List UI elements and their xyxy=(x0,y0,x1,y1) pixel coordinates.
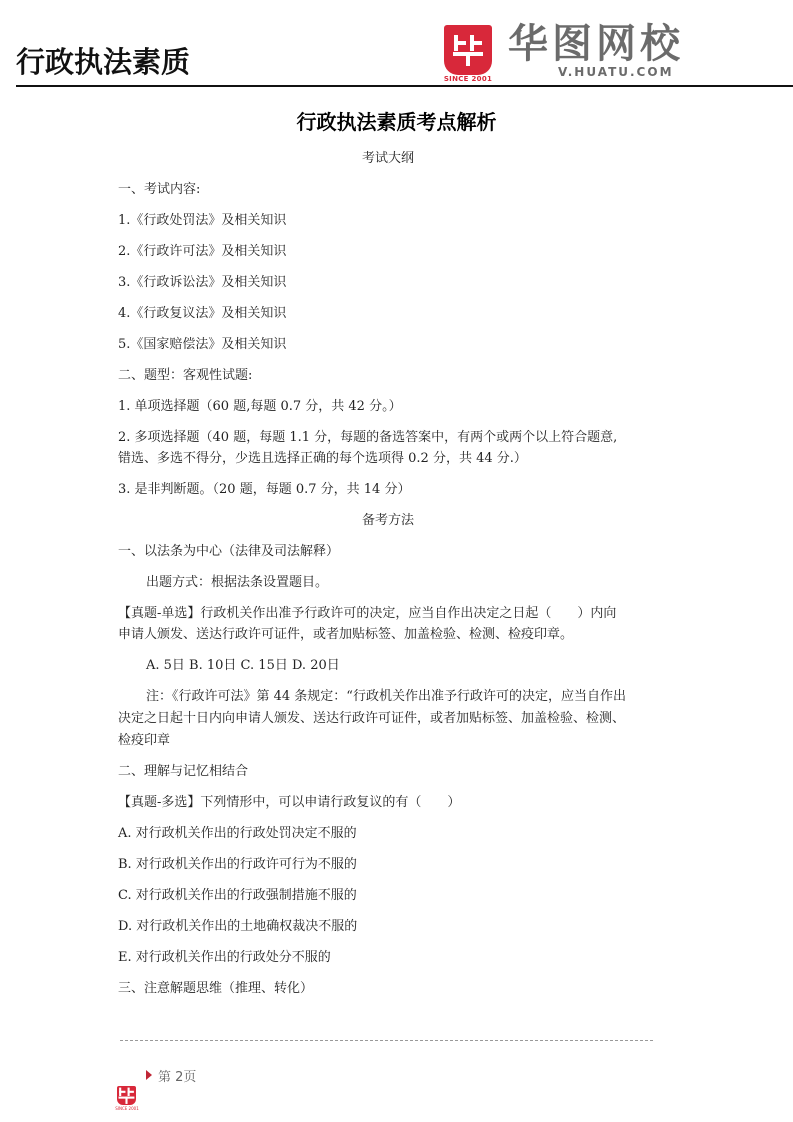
question-2-option: C. 对行政机关作出的行政强制措施不服的 xyxy=(118,885,357,907)
outline-heading: 考试大纲 xyxy=(118,148,658,170)
triangle-right-icon xyxy=(146,1070,152,1080)
content-item: 3.《行政诉讼法》及相关知识 xyxy=(118,272,286,294)
question-1-options: A. 5日 B. 10日 C. 15日 D. 20日 xyxy=(146,655,340,677)
question-1-stem-continued: 申请人颁发、送达行政许可证件，或者加贴标签、加盖检验、检测、检疫印章。 xyxy=(118,624,573,646)
type-item-continued: 错选、多选不得分，少选且选择正确的每个选项得 0.2 分，共 44 分.） xyxy=(118,448,527,470)
method-heading: 备考方法 xyxy=(118,510,658,532)
note-line: 决定之日起十日内向申请人颁发、送达行政许可证件，或者加贴标签、加盖检验、检测、 xyxy=(118,708,625,730)
question-2-option: D. 对行政机关作出的土地确权裁决不服的 xyxy=(118,916,357,938)
huatu-logo-icon xyxy=(117,1086,136,1105)
question-2-option: B. 对行政机关作出的行政许可行为不服的 xyxy=(118,854,357,876)
footer-divider xyxy=(120,1040,653,1041)
header-title: 行政执法素质 xyxy=(16,40,190,81)
question-1-stem: 【真题-单选】行政机关作出准予行政许可的决定，应当自作出决定之日起（ ）内向 xyxy=(118,603,616,625)
footer-since-text: SINCE 2001 xyxy=(114,1106,140,1111)
document-title: 行政执法素质考点解析 xyxy=(0,106,793,135)
note-line: 注：《行政许可法》第 44 条规定：“行政机关作出准予行政许可的决定，应当自作出 xyxy=(146,686,626,708)
method-1: 一、以法条为中心（法律及司法解释） xyxy=(118,541,339,563)
content-item: 4.《行政复议法》及相关知识 xyxy=(118,303,286,325)
header-divider xyxy=(16,85,793,87)
method-1-sub: 出题方式：根据法条设置题目。 xyxy=(146,572,328,594)
content-heading: 一、考试内容: xyxy=(118,179,200,201)
content-item: 1.《行政处罚法》及相关知识 xyxy=(118,210,286,232)
question-2-option: E. 对行政机关作出的行政处分不服的 xyxy=(118,947,331,969)
note-line: 检疫印章 xyxy=(118,730,170,752)
huatu-logo-icon xyxy=(444,25,492,75)
method-2: 二、理解与记忆相结合 xyxy=(118,761,248,783)
question-2-option: A. 对行政机关作出的行政处罚决定不服的 xyxy=(118,823,357,845)
logo-url: V.HUATU.COM xyxy=(558,65,674,79)
question-2-stem: 【真题-多选】下列情形中，可以申请行政复议的有（ ） xyxy=(118,792,460,814)
type-item: 3. 是非判断题。（20 题，每题 0.7 分，共 14 分） xyxy=(118,479,410,501)
type-item: 2. 多项选择题（40 题，每题 1.1 分，每题的备选答案中，有两个或两个以上… xyxy=(118,427,617,449)
type-heading: 二、题型：客观性试题: xyxy=(118,365,252,387)
type-item: 1. 单项选择题（60 题,每题 0.7 分，共 42 分。） xyxy=(118,396,402,418)
method-3: 三、注意解题思维（推理、转化） xyxy=(118,978,313,1000)
content-item: 5.《国家赔偿法》及相关知识 xyxy=(118,334,286,356)
logo-wordmark: 华图网校 xyxy=(508,22,684,66)
logo-since-text: SINCE 2001 xyxy=(442,75,494,83)
page-number: 第 2页 xyxy=(158,1066,196,1085)
content-item: 2.《行政许可法》及相关知识 xyxy=(118,241,286,263)
